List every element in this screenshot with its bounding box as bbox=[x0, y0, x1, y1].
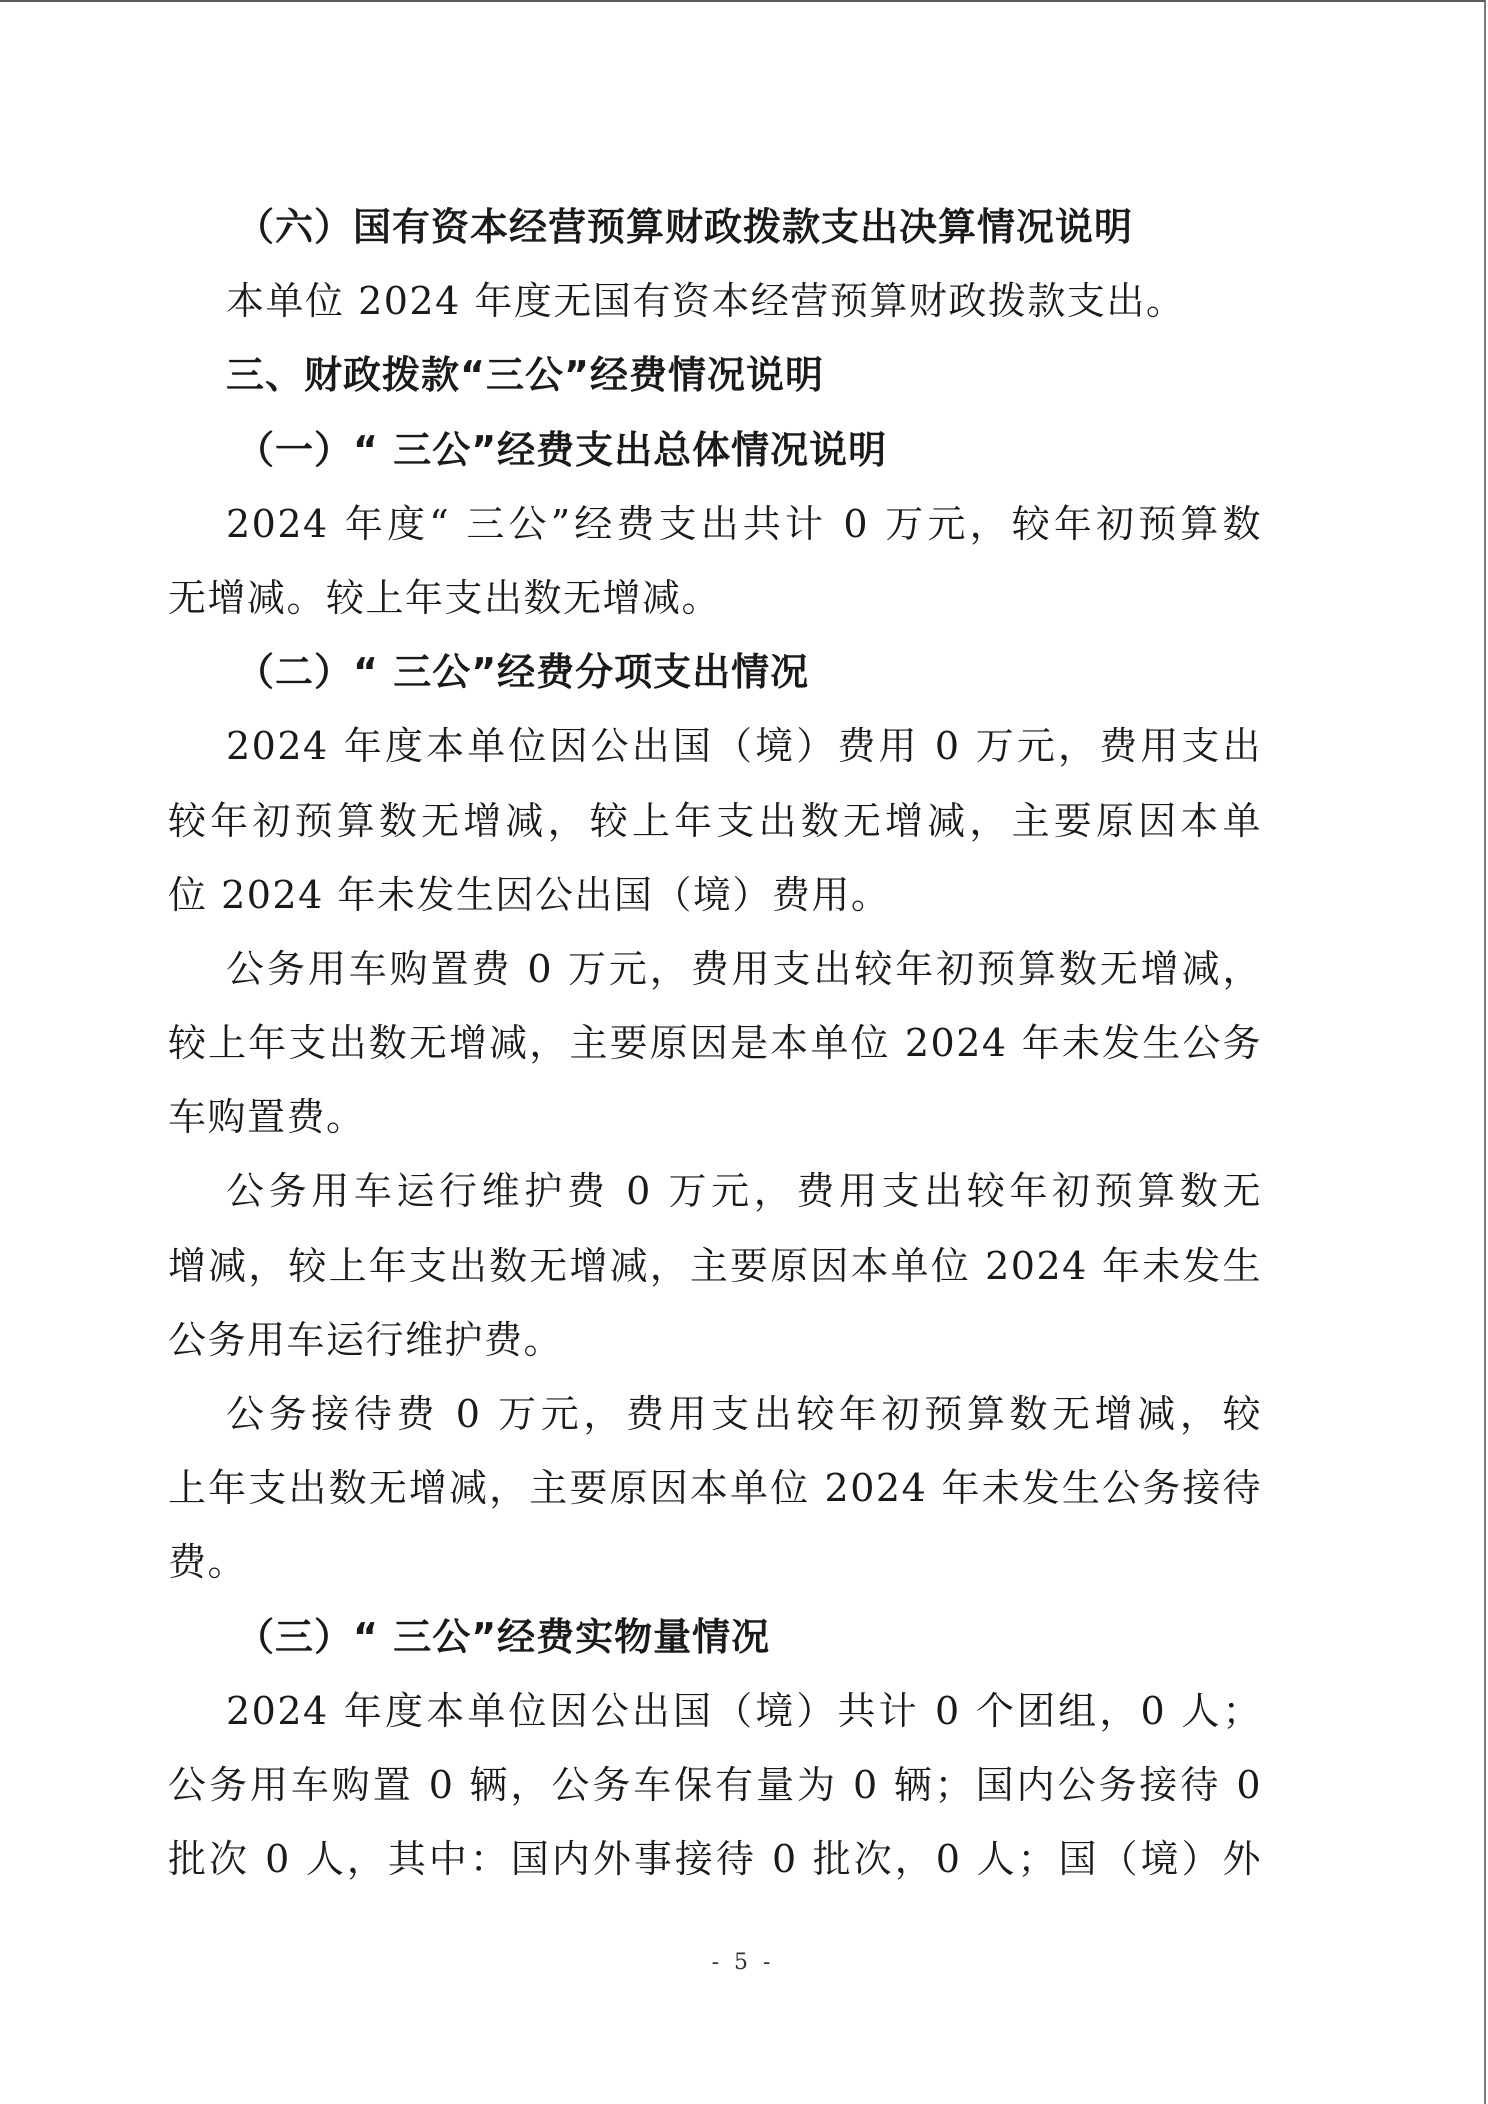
paragraph-line: 车购置费。 bbox=[168, 1080, 1266, 1154]
paragraph-line: 公务用车运行维护费 0 万元，费用支出较年初预算数无 bbox=[226, 1154, 1262, 1228]
paragraph-line: 无增减。较上年支出数无增减。 bbox=[168, 561, 1266, 635]
paragraph-line: 本单位 2024 年度无国有资本经营预算财政拨款支出。 bbox=[226, 264, 1266, 338]
paragraph-line: 位 2024 年未发生因公出国（境）费用。 bbox=[168, 858, 1266, 932]
paragraph-line: 较上年支出数无增减，主要原因是本单位 2024 年未发生公务 bbox=[168, 1006, 1262, 1080]
paragraph-line: 公务接待费 0 万元，费用支出较年初预算数无增减，较 bbox=[226, 1377, 1262, 1451]
paragraph-line: 2024 年度本单位因公出国（境）费用 0 万元，费用支出 bbox=[226, 709, 1262, 783]
subsection-heading-overall: （一）“ 三公”经费支出总体情况说明 bbox=[226, 413, 1266, 487]
section-heading-three-public-expenses: 三、财政拨款“三公”经费情况说明 bbox=[226, 338, 1266, 412]
page-number: - 5 - bbox=[0, 1950, 1486, 1975]
subsection-heading-physical-quantity: （三）“ 三公”经费实物量情况 bbox=[226, 1600, 1266, 1674]
paragraph-line: 费。 bbox=[168, 1525, 1266, 1599]
section-heading-state-capital-budget: （六）国有资本经营预算财政拨款支出决算情况说明 bbox=[226, 190, 1266, 264]
paragraph-line: 公务用车运行维护费。 bbox=[168, 1303, 1266, 1377]
paragraph-line: 批次 0 人，其中：国内外事接待 0 批次，0 人；国（境）外 bbox=[168, 1822, 1262, 1896]
paragraph-line: 公务用车购置费 0 万元，费用支出较年初预算数无增减， bbox=[226, 932, 1262, 1006]
document-body: （六）国有资本经营预算财政拨款支出决算情况说明 本单位 2024 年度无国有资本… bbox=[226, 190, 1266, 1896]
paragraph-line: 2024 年度本单位因公出国（境）共计 0 个团组，0 人； bbox=[226, 1674, 1262, 1748]
paragraph-line: 较年初预算数无增减，较上年支出数无增减，主要原因本单 bbox=[168, 784, 1262, 858]
paragraph-line: 增减，较上年支出数无增减，主要原因本单位 2024 年未发生 bbox=[168, 1229, 1262, 1303]
document-page: （六）国有资本经营预算财政拨款支出决算情况说明 本单位 2024 年度无国有资本… bbox=[0, 0, 1486, 2104]
subsection-heading-itemized: （二）“ 三公”经费分项支出情况 bbox=[226, 635, 1266, 709]
paragraph-line: 上年支出数无增减，主要原因本单位 2024 年未发生公务接待 bbox=[168, 1451, 1262, 1525]
paragraph-line: 2024 年度“ 三公”经费支出共计 0 万元，较年初预算数 bbox=[226, 487, 1262, 561]
paragraph-line: 公务用车购置 0 辆，公务车保有量为 0 辆；国内公务接待 0 bbox=[168, 1748, 1262, 1822]
